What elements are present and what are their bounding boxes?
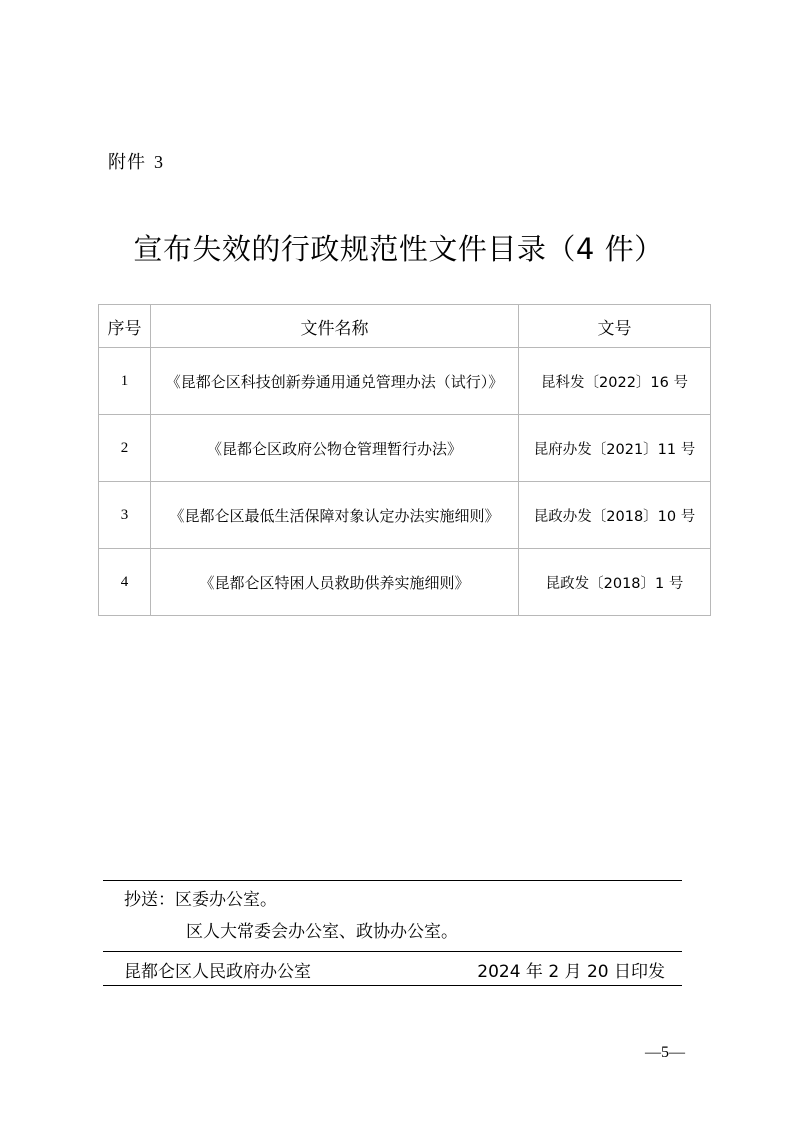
footer-top-rule: [103, 880, 682, 881]
row-doc-number: 昆政发〔2018〕1 号: [519, 549, 711, 616]
table-row: 2 《昆都仑区政府公物仓管理暂行办法》 昆府办发〔2021〕11 号: [99, 415, 711, 482]
footer-middle-rule: [103, 951, 682, 952]
table-header-row: 序号 文件名称 文号: [99, 305, 711, 348]
row-index: 4: [99, 549, 151, 616]
table-row: 1 《昆都仑区科技创新券通用通兑管理办法（试行）》 昆科发〔2022〕16 号: [99, 348, 711, 415]
attachment-prefix: 附件: [108, 152, 146, 173]
column-header-index: 序号: [99, 305, 151, 348]
row-document-name: 《昆都仑区最低生活保障对象认定办法实施细则》: [151, 482, 519, 549]
row-index: 2: [99, 415, 151, 482]
row-document-name: 《昆都仑区政府公物仓管理暂行办法》: [151, 415, 519, 482]
attachment-label: 附件3: [108, 150, 164, 175]
row-doc-number: 昆府办发〔2021〕11 号: [519, 415, 711, 482]
table-row: 3 《昆都仑区最低生活保障对象认定办法实施细则》 昆政办发〔2018〕10 号: [99, 482, 711, 549]
invalid-documents-table: 序号 文件名称 文号 1 《昆都仑区科技创新券通用通兑管理办法（试行）》 昆科发…: [98, 304, 711, 616]
issue-date: 2024 年 2 月 20 日印发: [477, 960, 665, 984]
row-index: 1: [99, 348, 151, 415]
row-doc-number: 昆科发〔2022〕16 号: [519, 348, 711, 415]
cc-recipients-line-2: 区人大常委会办公室、政协办公室。: [186, 920, 458, 944]
page-number: —5—: [645, 1043, 685, 1063]
cc-recipients-line-1: 抄送：区委办公室。: [124, 888, 277, 912]
row-doc-number: 昆政办发〔2018〕10 号: [519, 482, 711, 549]
attachment-number: 3: [154, 152, 164, 172]
footer-bottom-rule: [103, 985, 682, 986]
issuing-office: 昆都仑区人民政府办公室: [124, 960, 311, 984]
row-index: 3: [99, 482, 151, 549]
row-document-name: 《昆都仑区特困人员救助供养实施细则》: [151, 549, 519, 616]
table-row: 4 《昆都仑区特困人员救助供养实施细则》 昆政发〔2018〕1 号: [99, 549, 711, 616]
column-header-name: 文件名称: [151, 305, 519, 348]
row-document-name: 《昆都仑区科技创新券通用通兑管理办法（试行）》: [151, 348, 519, 415]
column-header-doc-number: 文号: [519, 305, 711, 348]
document-title: 宣布失效的行政规范性文件目录（4 件）: [0, 228, 793, 270]
